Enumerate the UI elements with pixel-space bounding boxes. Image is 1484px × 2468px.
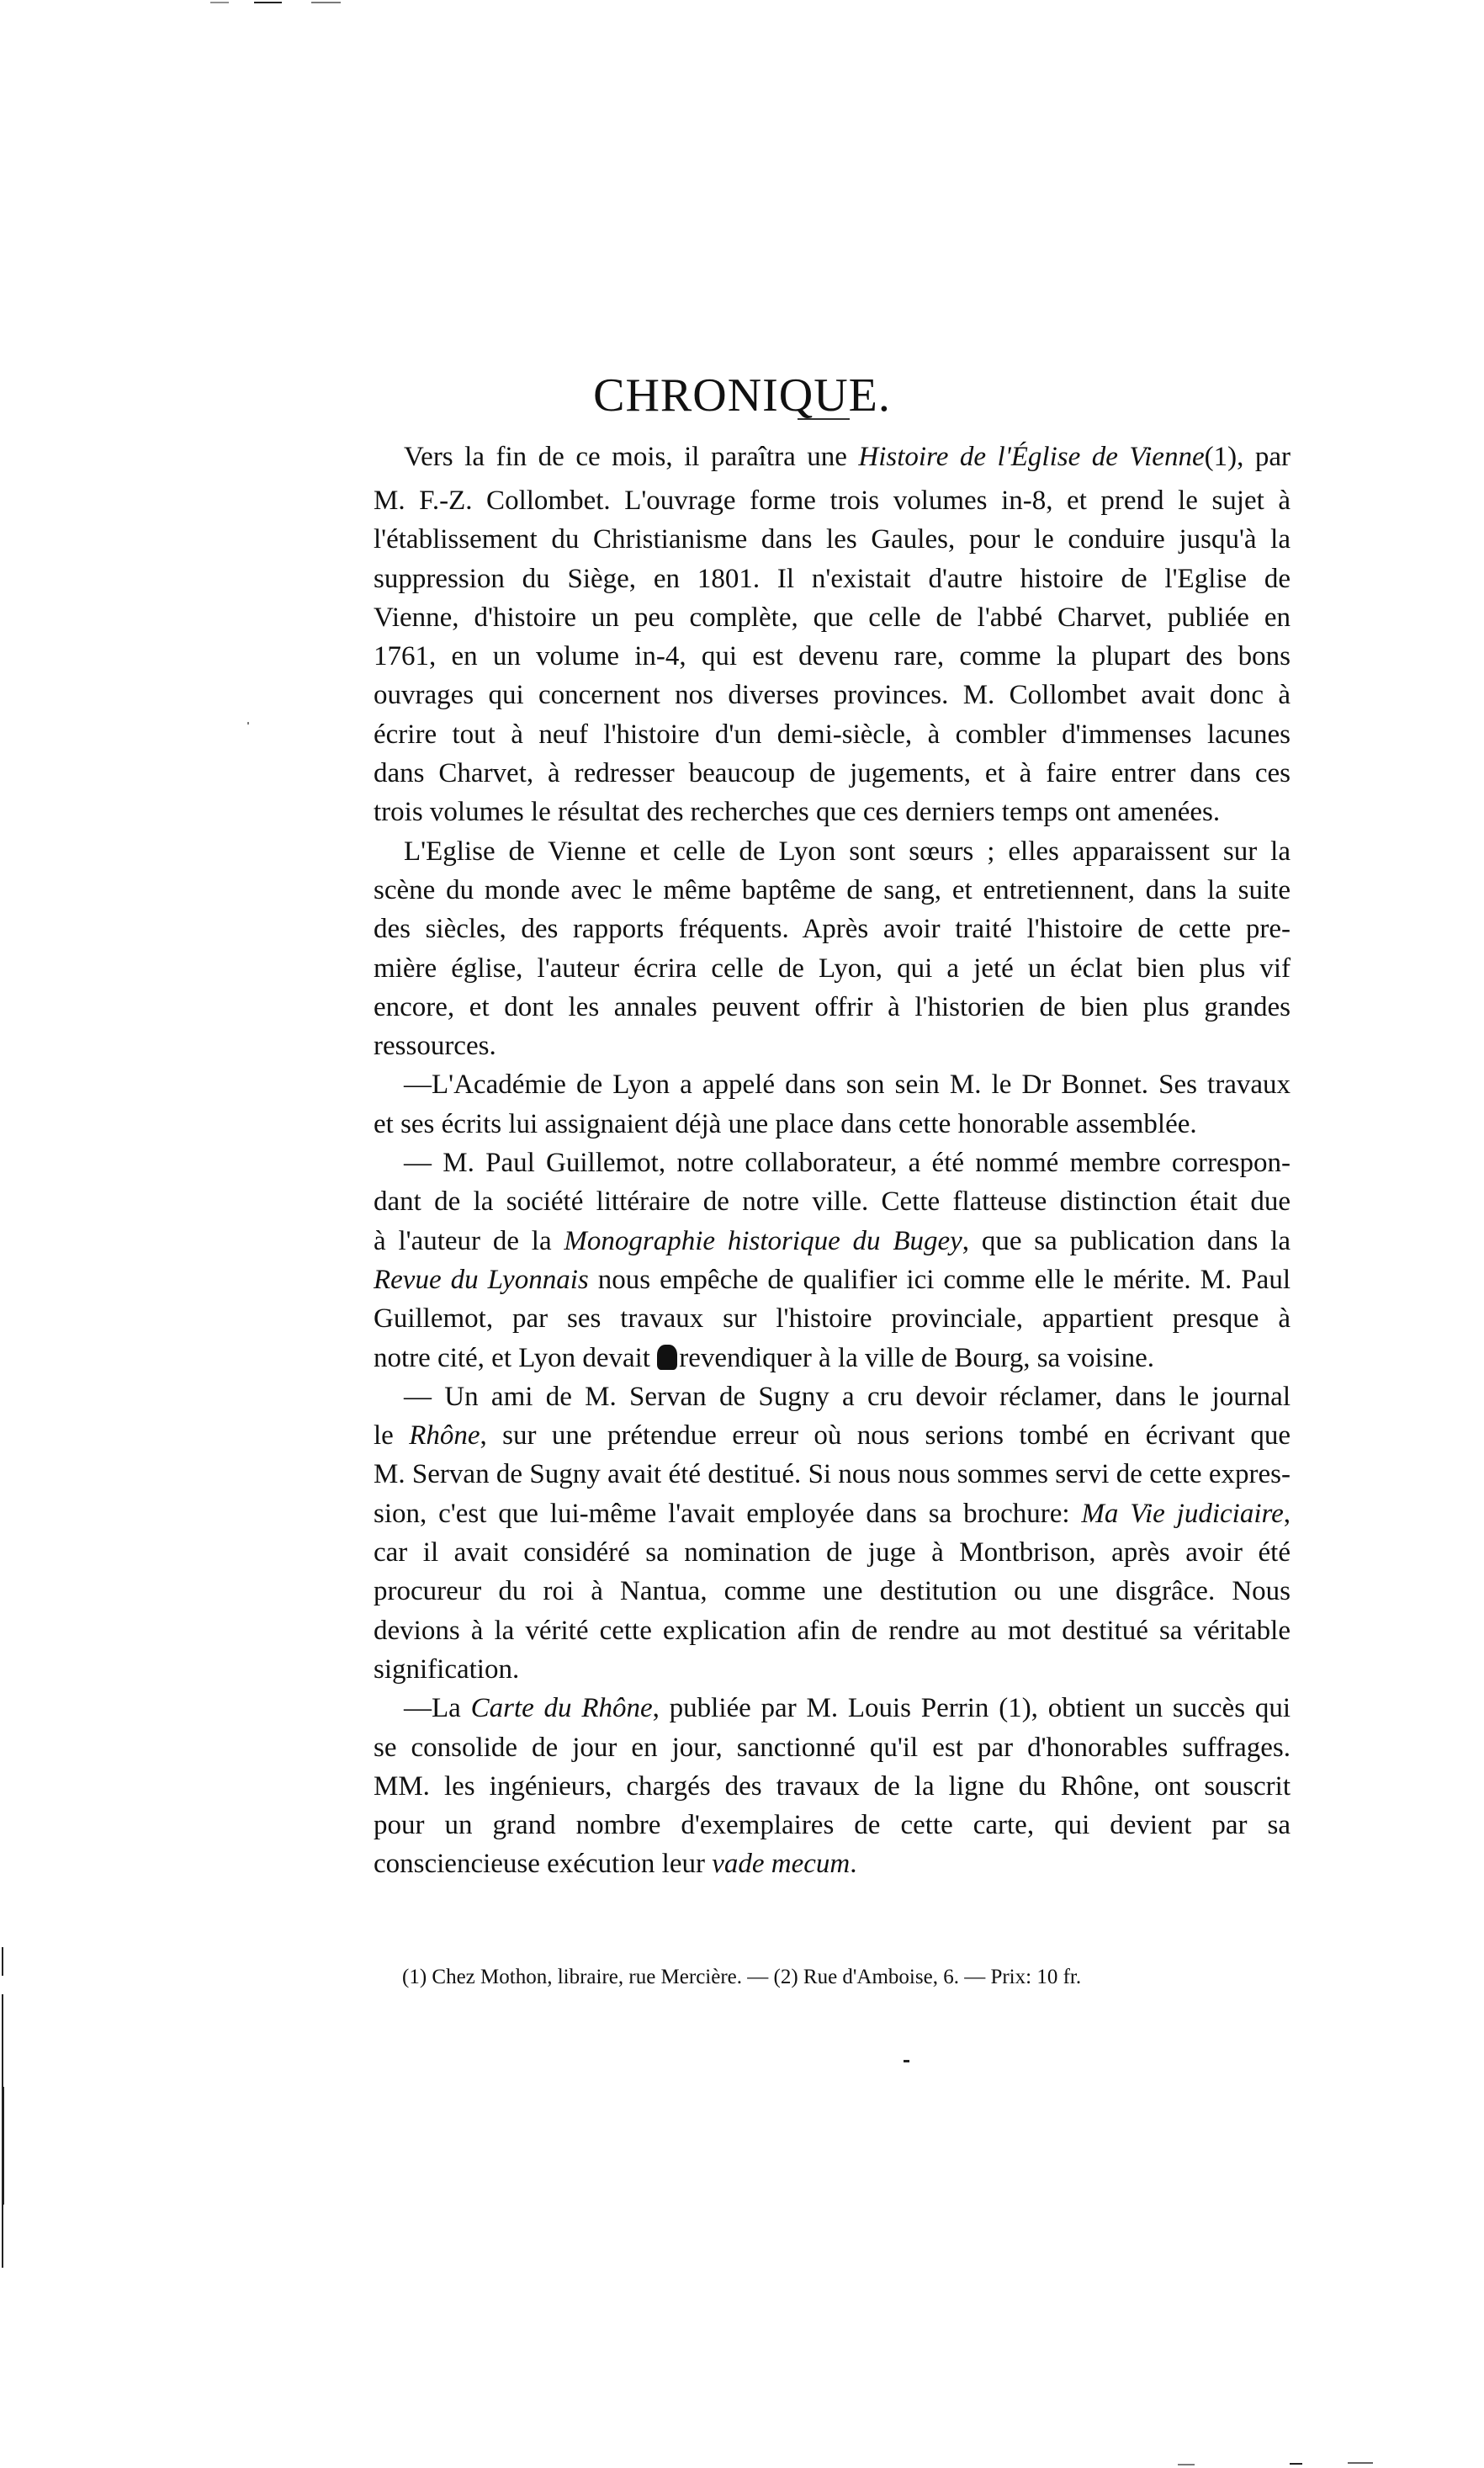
text-run: mière église, l'auteur écrira celle de L… [374, 953, 1291, 984]
text-line: Vienne, d'histoire un peu complète, que … [374, 598, 1291, 637]
text-line: écrire tout à neuf l'histoire d'un demi-… [374, 715, 1291, 754]
text-line: L'Eglise de Vienne et celle de Lyon sont… [374, 832, 1291, 871]
text-run: trois volumes le résultat des recherches… [374, 797, 1220, 827]
text-line: M. F.-Z. Collombet. L'ouvrage forme troi… [374, 481, 1291, 520]
text-run: , [1284, 1499, 1291, 1529]
text-line: 1761, en un volume in-4, qui est devenu … [374, 637, 1291, 676]
text-line: pour un grand nombre d'exemplaires de ce… [374, 1806, 1291, 1844]
italic-title: Revue du Lyonnais [374, 1265, 589, 1295]
text-line: et ses écrits lui assignaient déjà une p… [374, 1105, 1291, 1144]
text-run: . [850, 1849, 856, 1879]
scan-mark-bottom-3 [1348, 2462, 1373, 2464]
text-run: , sur une prétendue erreur où nous serio… [480, 1420, 1291, 1451]
text-line: Guillemot, par ses travaux sur l'histoir… [374, 1299, 1291, 1338]
italic-title: vade mecum [712, 1849, 850, 1879]
text-line: le Rhône, sur une prétendue erreur où no… [374, 1416, 1291, 1455]
text-run: , publiée par M. Louis Perrin (1), obtie… [653, 1693, 1291, 1723]
text-line: ouvrages qui concernent nos diverses pro… [374, 676, 1291, 714]
text-run: encore, et dont les annales peuvent offr… [374, 992, 1291, 1022]
text-run: dans Charvet, à redresser beaucoup de ju… [374, 758, 1291, 788]
italic-title: Ma Vie judiciaire [1081, 1499, 1283, 1529]
text-run: , que sa publication dans la [962, 1226, 1291, 1256]
text-line: M. Servan de Sugny avait été destitué. S… [374, 1455, 1291, 1494]
text-line: signification. [374, 1650, 1291, 1689]
scan-mark-top-1 [210, 2, 229, 3]
italic-title: Histoire de l'Église de Vienne [858, 442, 1204, 472]
text-run: — Un ami de M. Servan de Sugny a cru dev… [404, 1382, 1291, 1412]
text-line: des siècles, des rapports fréquents. Apr… [374, 910, 1291, 948]
paragraph: — Un ami de M. Servan de Sugny a cru dev… [374, 1377, 1291, 1689]
text-run: L'Eglise de Vienne et celle de Lyon sont… [404, 836, 1291, 867]
text-run: suppression du Siège, en 1801. Il n'exis… [374, 564, 1291, 594]
footnote: (1) Chez Mothon, libraire, rue Mercière.… [402, 1966, 1081, 1989]
text-line: encore, et dont les annales peuvent offr… [374, 988, 1291, 1027]
text-run: signification. [374, 1654, 519, 1685]
text-run: —La [404, 1693, 471, 1723]
text-line: dant de la société littéraire de notre v… [374, 1182, 1291, 1221]
text-run: se consolide de jour en jour, sanctionné… [374, 1733, 1291, 1763]
text-run: procureur du roi à Nantua, comme une des… [374, 1576, 1291, 1606]
paragraph: —La Carte du Rhône, publiée par M. Louis… [374, 1689, 1291, 1883]
page-title: CHRONIQUE. [0, 369, 1484, 422]
text-line: Vers la fin de ce mois, il paraîtra une … [374, 438, 1291, 481]
text-line: mière église, l'auteur écrira celle de L… [374, 949, 1291, 988]
text-run: revendiquer à la ville de Bourg, sa vois… [679, 1343, 1154, 1373]
scan-mark-top-3 [311, 2, 341, 3]
text-line: sion, c'est que lui-même l'avait employé… [374, 1494, 1291, 1533]
text-run: à l'auteur de la [374, 1226, 564, 1256]
text-line: devions à la vérité cette explication af… [374, 1611, 1291, 1650]
text-line: scène du monde avec le même baptême de s… [374, 871, 1291, 910]
paragraph: —L'Académie de Lyon a appelé dans son se… [374, 1065, 1291, 1144]
text-run: — M. Paul Guillemot, notre collaborateur… [404, 1148, 1291, 1178]
paragraph: Vers la fin de ce mois, il paraîtra une … [374, 438, 1291, 832]
text-run: des siècles, des rapports fréquents. Apr… [374, 914, 1291, 944]
scan-speck [247, 722, 249, 724]
text-line: l'établissement du Christianisme dans le… [374, 520, 1291, 559]
text-run: nous empêche de qualifier ici comme elle… [589, 1265, 1291, 1295]
italic-title: Carte du Rhône [471, 1693, 653, 1723]
text-line: ressources. [374, 1027, 1291, 1065]
text-run: ouvrages qui concernent nos diverses pro… [374, 680, 1291, 710]
text-run: devions à la vérité cette explication af… [374, 1616, 1291, 1646]
text-run: pour un grand nombre d'exemplaires de ce… [374, 1810, 1291, 1840]
text-line: suppression du Siège, en 1801. Il n'exis… [374, 560, 1291, 598]
text-line: procureur du roi à Nantua, comme une des… [374, 1572, 1291, 1611]
text-run: 1761, en un volume in-4, qui est devenu … [374, 641, 1291, 671]
paragraph: L'Eglise de Vienne et celle de Lyon sont… [374, 832, 1291, 1066]
text-run: consciencieuse exécution leur [374, 1849, 712, 1879]
text-run: scène du monde avec le même baptême de s… [374, 875, 1291, 905]
scan-mark-left-1 [2, 1947, 3, 1976]
text-run: Vers la fin de ce mois, il paraîtra une [404, 442, 858, 472]
text-line: MM. les ingénieurs, chargés des travaux … [374, 1767, 1291, 1806]
italic-title: Monographie historique du Bugey [564, 1226, 962, 1256]
text-line: car il avait considéré sa nomination de … [374, 1533, 1291, 1572]
text-run: et ses écrits lui assignaient déjà une p… [374, 1109, 1197, 1139]
scan-mark-left-3 [2, 2087, 4, 2205]
text-line: notre cité, et Lyon devait revendiquer à… [374, 1339, 1291, 1377]
text-run: ressources. [374, 1031, 496, 1061]
scan-mark-bottom-1 [1178, 2464, 1195, 2465]
text-run: MM. les ingénieurs, chargés des travaux … [374, 1771, 1291, 1802]
text-run: M. F.-Z. Collombet. L'ouvrage forme troi… [374, 486, 1291, 516]
text-line: — M. Paul Guillemot, notre collaborateur… [374, 1144, 1291, 1182]
text-run: le [374, 1420, 409, 1451]
italic-title: Rhône [409, 1420, 480, 1451]
text-line: dans Charvet, à redresser beaucoup de ju… [374, 754, 1291, 793]
scan-mark-bottom-2 [1290, 2463, 1302, 2465]
text-line: à l'auteur de la Monographie historique … [374, 1222, 1291, 1261]
text-run: Guillemot, par ses travaux sur l'histoir… [374, 1303, 1291, 1334]
text-run: (1), par [1205, 442, 1291, 472]
article-body: Vers la fin de ce mois, il paraîtra une … [374, 438, 1291, 1884]
text-run: dant de la société littéraire de notre v… [374, 1186, 1291, 1217]
text-run: M. Servan de Sugny avait été destitué. S… [374, 1459, 1291, 1489]
ink-blot [657, 1345, 677, 1370]
text-line: se consolide de jour en jour, sanctionné… [374, 1728, 1291, 1767]
text-run: Vienne, d'histoire un peu complète, que … [374, 602, 1291, 633]
title-divider [798, 418, 850, 420]
text-line: trois volumes le résultat des recherches… [374, 793, 1291, 831]
text-line: Revue du Lyonnais nous empêche de qualif… [374, 1261, 1291, 1299]
text-line: consciencieuse exécution leur vade mecum… [374, 1844, 1291, 1883]
text-run: —L'Académie de Lyon a appelé dans son se… [404, 1069, 1291, 1100]
text-line: — Un ami de M. Servan de Sugny a cru dev… [374, 1377, 1291, 1416]
scan-speck [904, 2060, 909, 2062]
text-run: sion, c'est que lui-même l'avait employé… [374, 1499, 1081, 1529]
text-run: notre cité, et Lyon devait [374, 1343, 657, 1373]
text-run: l'établissement du Christianisme dans le… [374, 524, 1291, 555]
scan-mark-top-2 [254, 2, 282, 3]
paragraph: — M. Paul Guillemot, notre collaborateur… [374, 1144, 1291, 1377]
text-line: —La Carte du Rhône, publiée par M. Louis… [374, 1689, 1291, 1728]
text-run: car il avait considéré sa nomination de … [374, 1537, 1291, 1568]
text-line: —L'Académie de Lyon a appelé dans son se… [374, 1065, 1291, 1104]
text-run: écrire tout à neuf l'histoire d'un demi-… [374, 719, 1291, 750]
